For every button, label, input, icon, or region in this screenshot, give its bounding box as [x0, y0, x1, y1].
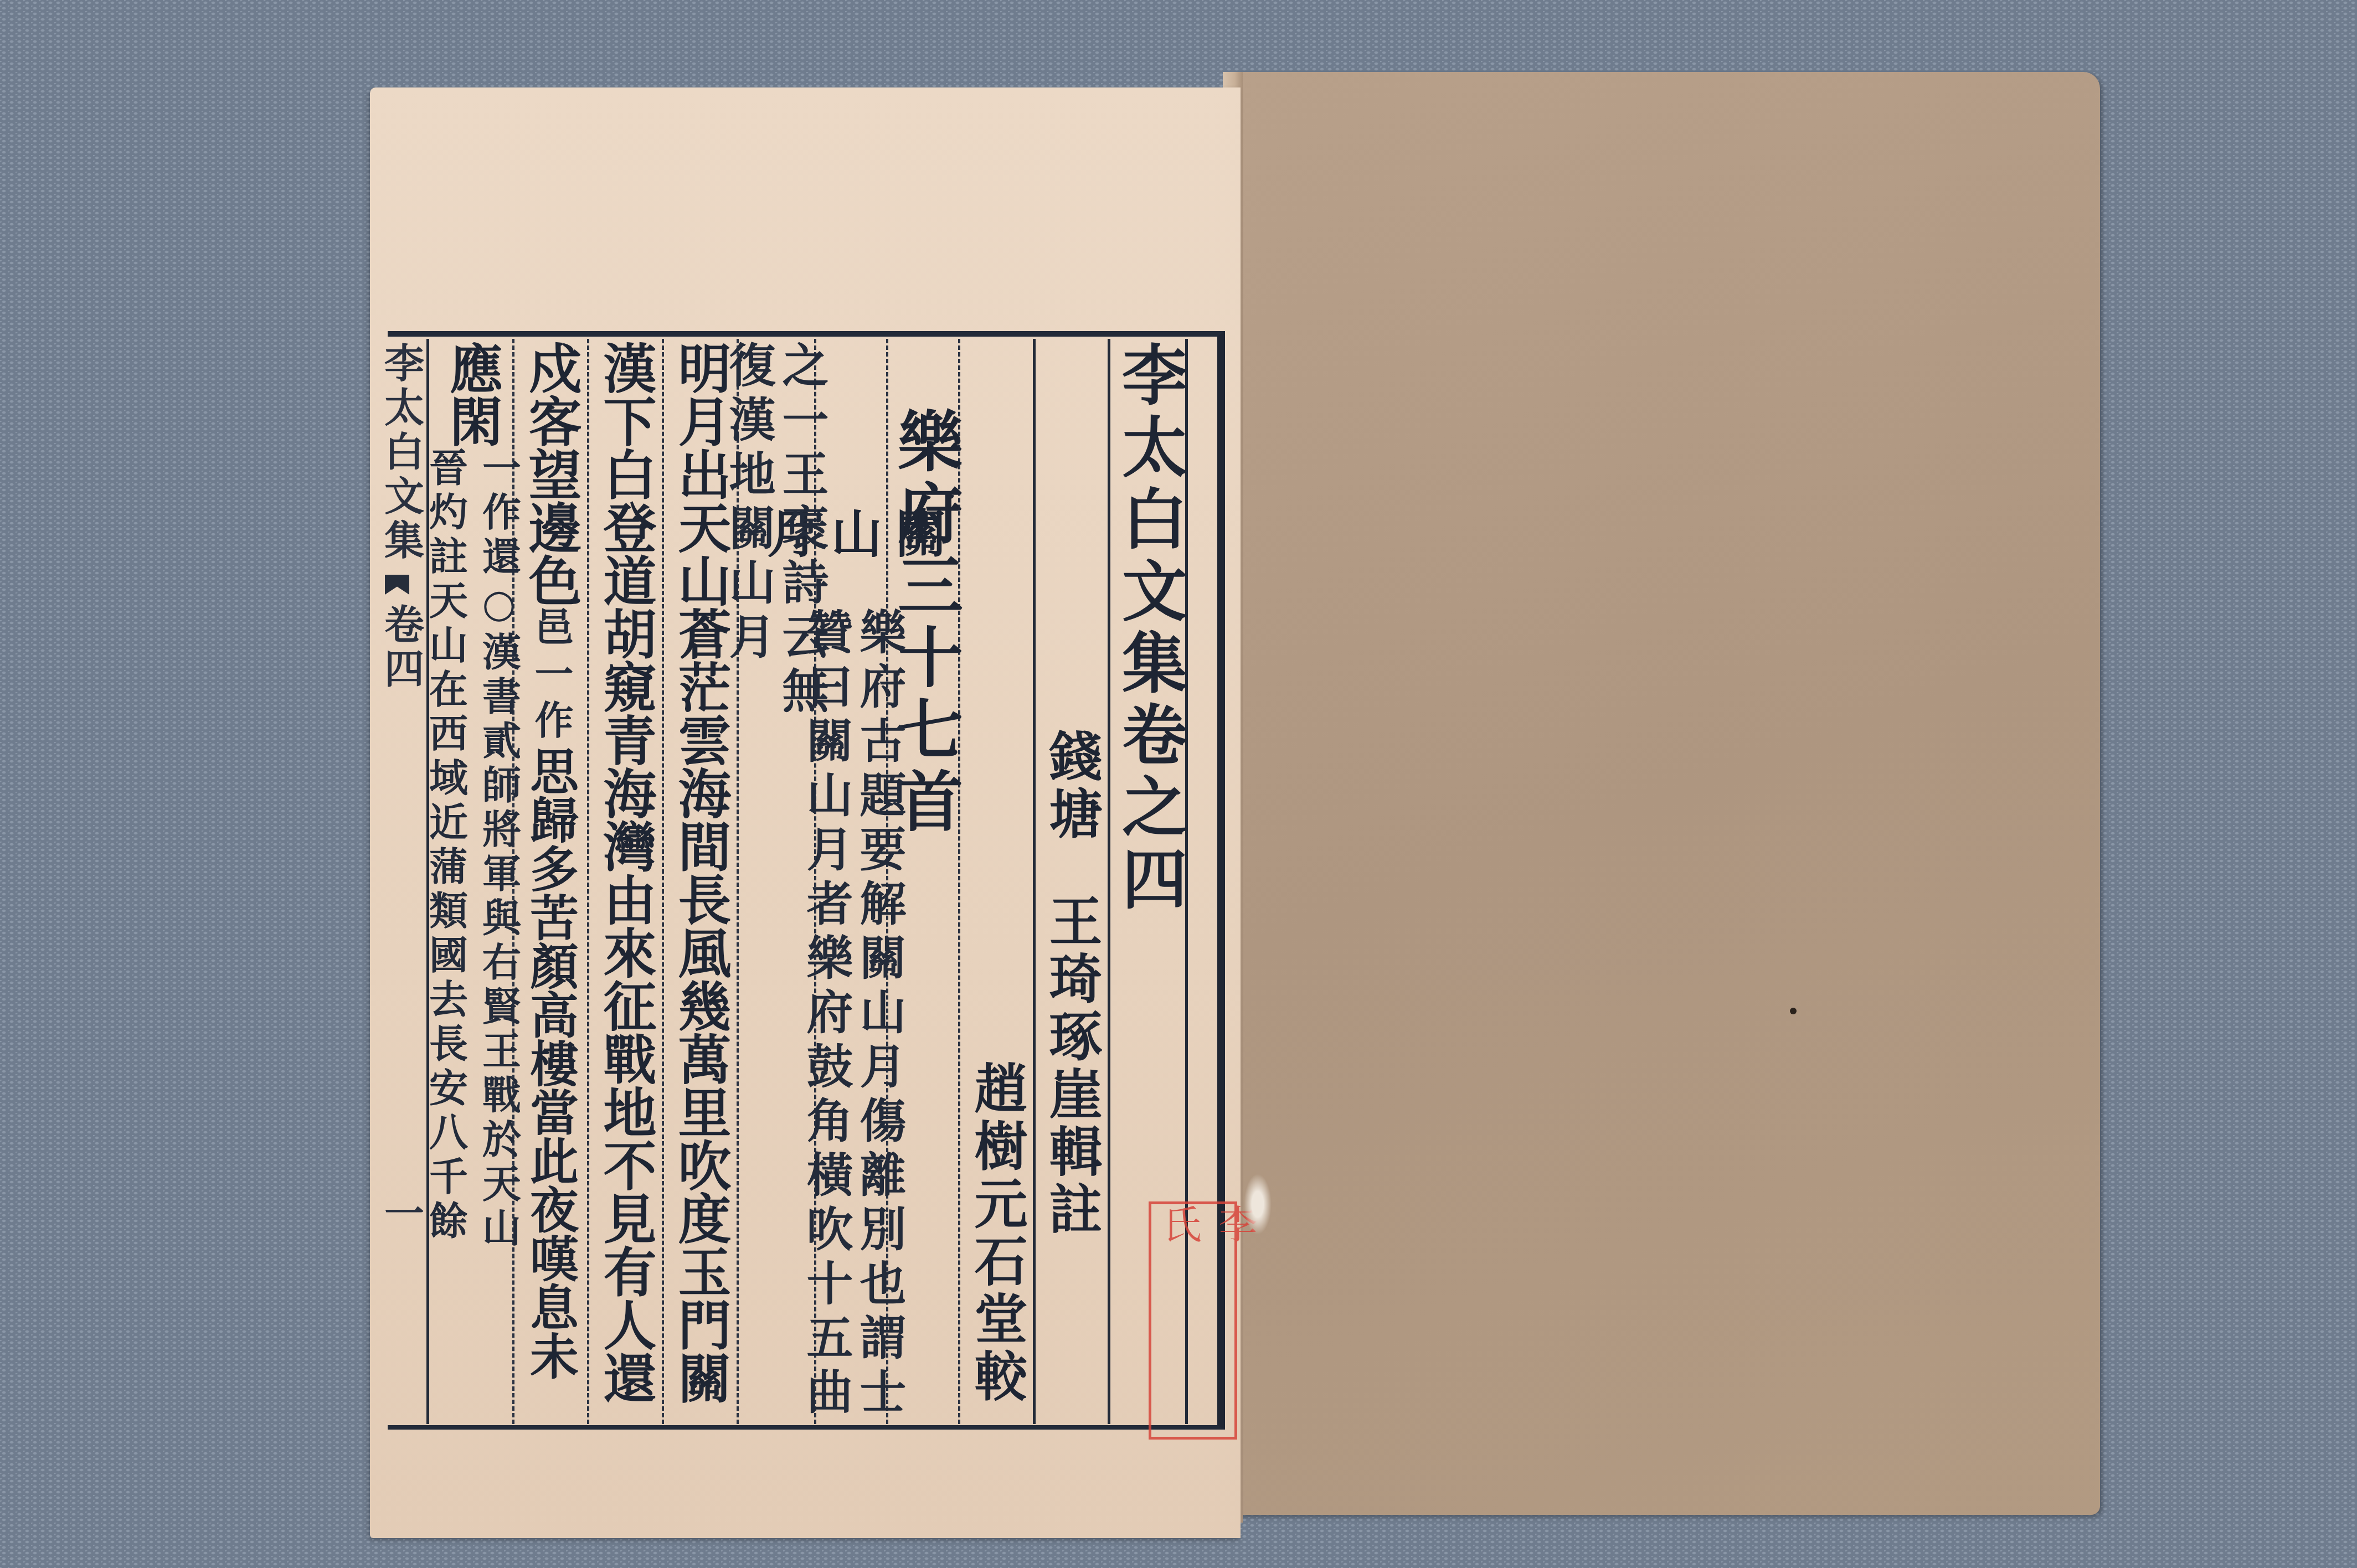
- seal-char: 氏: [1151, 1204, 1207, 1437]
- poem-text: 明月出天山蒼茫雲海間長風幾萬里吹度玉門關: [668, 341, 733, 1404]
- annotation-right: 之一王褒詩云無: [778, 341, 826, 721]
- paper-spot: [1790, 1008, 1797, 1014]
- annotation-double-line: 樂府古題要解關山月傷離別也謂士 贊曰關山月者樂府鼓角橫吹十五曲: [802, 608, 904, 1422]
- annotation-left: 晉灼註天山在西域近蒲類國去長安八千餘: [421, 447, 470, 1252]
- poem-line-3: 戍客望邊色 邑一作 思歸多苦顏高樓當此夜嘆息未: [515, 341, 587, 1422]
- column-rule: [587, 339, 589, 1424]
- compiler-name: 王琦琢崖輯註: [1039, 894, 1104, 1239]
- poem-line-2: 漢下白登道胡窺青海灣由來征戰地不見有人還: [590, 341, 662, 1422]
- poem-text: 漢下白登道胡窺青海灣由來征戰地不見有人還: [594, 341, 658, 1404]
- red-collector-seal: 李 氏: [1149, 1201, 1237, 1440]
- poem-text: 戍客望邊色: [519, 341, 583, 607]
- compiler-column: 錢塘 王琦琢崖輯註: [1036, 341, 1108, 1422]
- seal-char: 李: [1207, 1204, 1263, 1437]
- column-rule: [662, 339, 664, 1424]
- margin-page-number: 一: [372, 1193, 430, 1237]
- variant-note: 邑一作: [527, 607, 575, 746]
- woodblock-print-frame: 李太白文集卷之四 錢塘 王琦琢崖輯註 趙樹元石堂較 樂府三十七首 關山月 樂府古…: [388, 331, 1225, 1430]
- annotation-column: 之一王褒詩云無 復漢地關山月: [739, 341, 811, 1422]
- proofreader-name: 趙樹元石堂較: [965, 1061, 1029, 1406]
- annotation-double-line: 之一王褒詩云無 復漢地關山月: [724, 341, 826, 721]
- annotation-right: 一作還○漢書貳師將軍與右賢王戰於天山: [475, 447, 523, 1252]
- margin-title: 李太白文集: [372, 342, 430, 564]
- paper-damage: [1244, 1174, 1272, 1235]
- column-rule: [1108, 339, 1110, 1424]
- compiler-place: 錢塘: [1039, 729, 1104, 844]
- annotation-double-line: 一作還○漢書貳師將軍與右賢王戰於天山 晉灼註天山在西域近蒲類國去長安八千餘: [421, 447, 523, 1252]
- book-title: 李太白文集卷之四: [1113, 341, 1186, 917]
- poem-text: 應閑: [440, 341, 505, 447]
- poem-text: 思歸多苦顏高樓當此夜嘆息未: [524, 746, 578, 1380]
- fishtail-mark-icon: [385, 575, 409, 595]
- poem-line-1: 明月出天山蒼茫雲海間長風幾萬里吹度玉門關: [665, 341, 737, 1422]
- margin-juan: 卷四: [372, 604, 430, 692]
- proofreader-column: 趙樹元石堂較: [961, 341, 1033, 1422]
- annotation-right: 樂府古題要解關山月傷離別也謂士: [855, 608, 904, 1422]
- poem-line-4: 應閑 一作還○漢書貳師將軍與右賢王戰於天山 晉灼註天山在西域近蒲類國去長安八千餘: [432, 341, 512, 1422]
- page-margin-banxin: 李太白文集 卷四 一: [372, 342, 422, 1419]
- back-cover-page: [1236, 72, 2100, 1515]
